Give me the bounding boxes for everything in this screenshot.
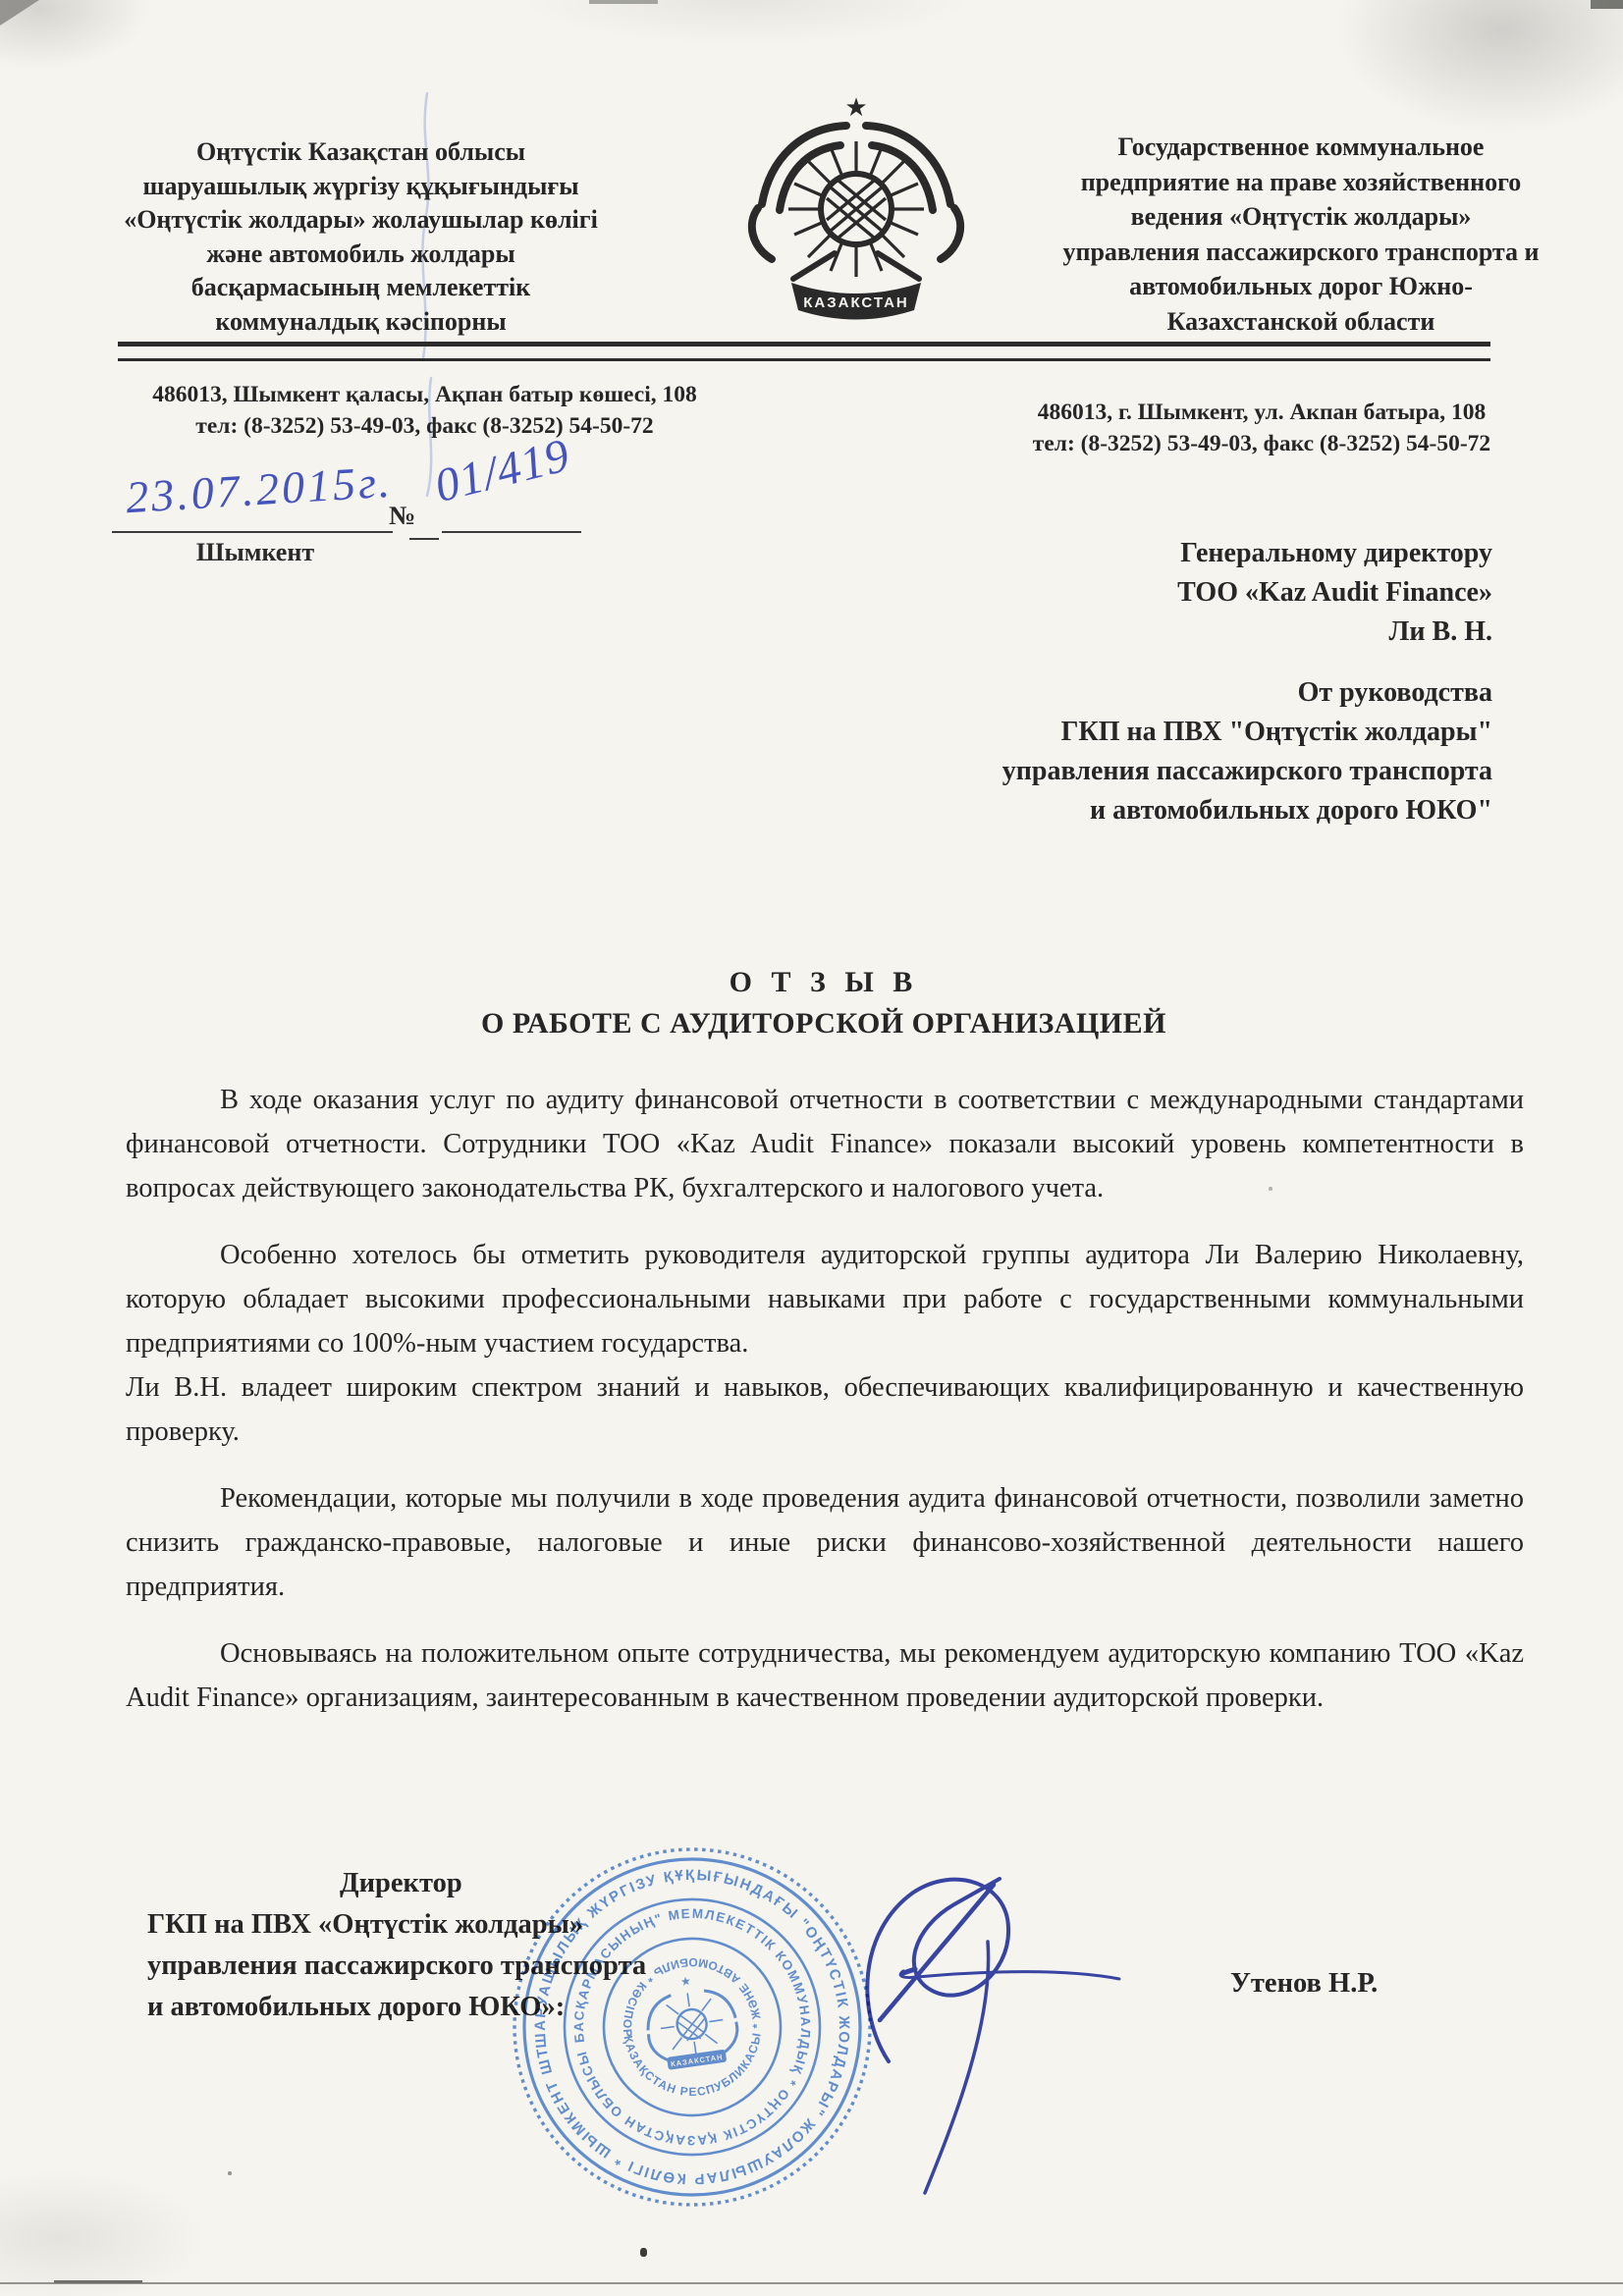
address-russian: 486013, г. Шымкент, ул. Акпан батыра, 10… [982,397,1542,459]
org-line: Казахстанской области [1000,304,1602,340]
date-underline [112,531,393,533]
letter-body: В ходе оказания услуг по аудиту финансов… [126,1078,1524,1720]
document-title: О Т З Ы В О РАБОТЕ С АУДИТОРСКОЙ ОРГАНИЗ… [126,966,1522,1041]
scanned-letter-page: Оңтүстік Казақстан облысы шаруашылық жүр… [0,0,1623,2296]
number-underline-short [409,538,439,540]
address-line: 486013, г. Шымкент, ул. Акпан батыра, 10… [982,397,1542,428]
body-paragraph: Основываясь на положительном опыте сотру… [126,1631,1524,1720]
org-line: «Оңтүстік жолдары» жолаушылар көлігі [74,203,648,238]
scan-artifact-bottom-line [0,2282,1623,2284]
body-paragraph: Ли В.Н. владеет широким спектром знаний … [126,1365,1524,1454]
org-line: Оңтүстік Казақстан облысы [74,135,648,170]
scan-artifact-speck [228,2171,232,2175]
recipient-line: ТОО «Kaz Audit Finance» [884,573,1492,613]
address-line: тел: (8-3252) 53-49-03, факс (8-3252) 54… [103,410,746,442]
body-paragraph: Рекомендации, которые мы получили в ходе… [126,1476,1524,1609]
address-line: тел: (8-3252) 53-49-03, факс (8-3252) 54… [982,428,1542,459]
kazakhstan-emblem: ★ [736,90,976,330]
scan-artifact-edge-mark [589,0,658,4]
stamp-center-emblem: ★ КАЗАКСТАН [641,1968,742,2072]
number-underline [442,531,581,533]
recipient-line: Ли В. Н. [884,613,1492,652]
org-line: шаруашылық жүргізу құқығындығы [74,170,648,204]
handwritten-date: 23.07.2015г. [125,455,395,523]
number-sign: № [389,501,415,531]
org-line: предприятие на праве хозяйственного [1000,165,1602,200]
scan-artifact-edge-mark [1591,0,1623,9]
scan-artifact-speck [640,2248,647,2257]
emblem-shanyrak-lattice [827,181,886,238]
scan-artifact-corner [0,0,39,26]
recipient-block: Генеральному директору ТОО «Kaz Audit Fi… [884,534,1492,830]
city-label: Шымкент [177,538,334,567]
sender-line: и автомобильных дорого ЮКО" [884,791,1492,830]
letterhead-org-kazakh: Оңтүстік Казақстан облысы шаруашылық жүр… [74,135,648,339]
spacer [884,652,1492,673]
emblem-wing-left [752,126,846,259]
org-line: Государственное коммунальное [1000,130,1602,165]
emblem-star-icon: ★ [844,93,867,122]
org-line: ведения «Оңтүстік жолдары» [1000,199,1602,235]
emblem-banner-text: КАЗАКСТАН [803,294,909,311]
body-paragraph: В ходе оказания услуг по аудиту финансов… [126,1078,1524,1210]
body-paragraph: Особенно хотелось бы отметить руководите… [126,1233,1524,1365]
recipient-line: Генеральному директору [884,534,1492,573]
sender-line: От руководства [884,673,1492,713]
org-line: автомобильных дорог Южно- [1000,269,1602,304]
org-line: және автомобиль жолдары [74,238,648,272]
sender-line: управления пассажирского транспорта [884,752,1492,791]
title-line2: О РАБОТЕ С АУДИТОРСКОЙ ОРГАНИЗАЦИЕЙ [126,1007,1522,1041]
handwritten-signature [805,1826,1316,2238]
org-line: басқармасының мемлекеттік [74,271,648,305]
org-line: управления пассажирского транспорта и [1000,235,1602,270]
org-line: коммуналдық кәсіпорны [74,305,648,340]
letterhead-divider [118,342,1490,361]
svg-text:★: ★ [679,1974,692,1989]
signer-position: Директор [340,1863,462,1904]
emblem-wing-right [866,126,960,259]
letterhead-org-russian: Государственное коммунальное предприятие… [1000,130,1602,339]
scan-artifact-bottom-line [54,2280,142,2283]
address-line: 486013, Шымкент қаласы, Ақпан батыр көше… [103,379,746,410]
sender-line: ГКП на ПВХ "Оңтүстік жолдары" [884,713,1492,752]
address-kazakh: 486013, Шымкент қаласы, Ақпан батыр көше… [103,379,746,442]
title-line1: О Т З Ы В [126,966,1522,999]
